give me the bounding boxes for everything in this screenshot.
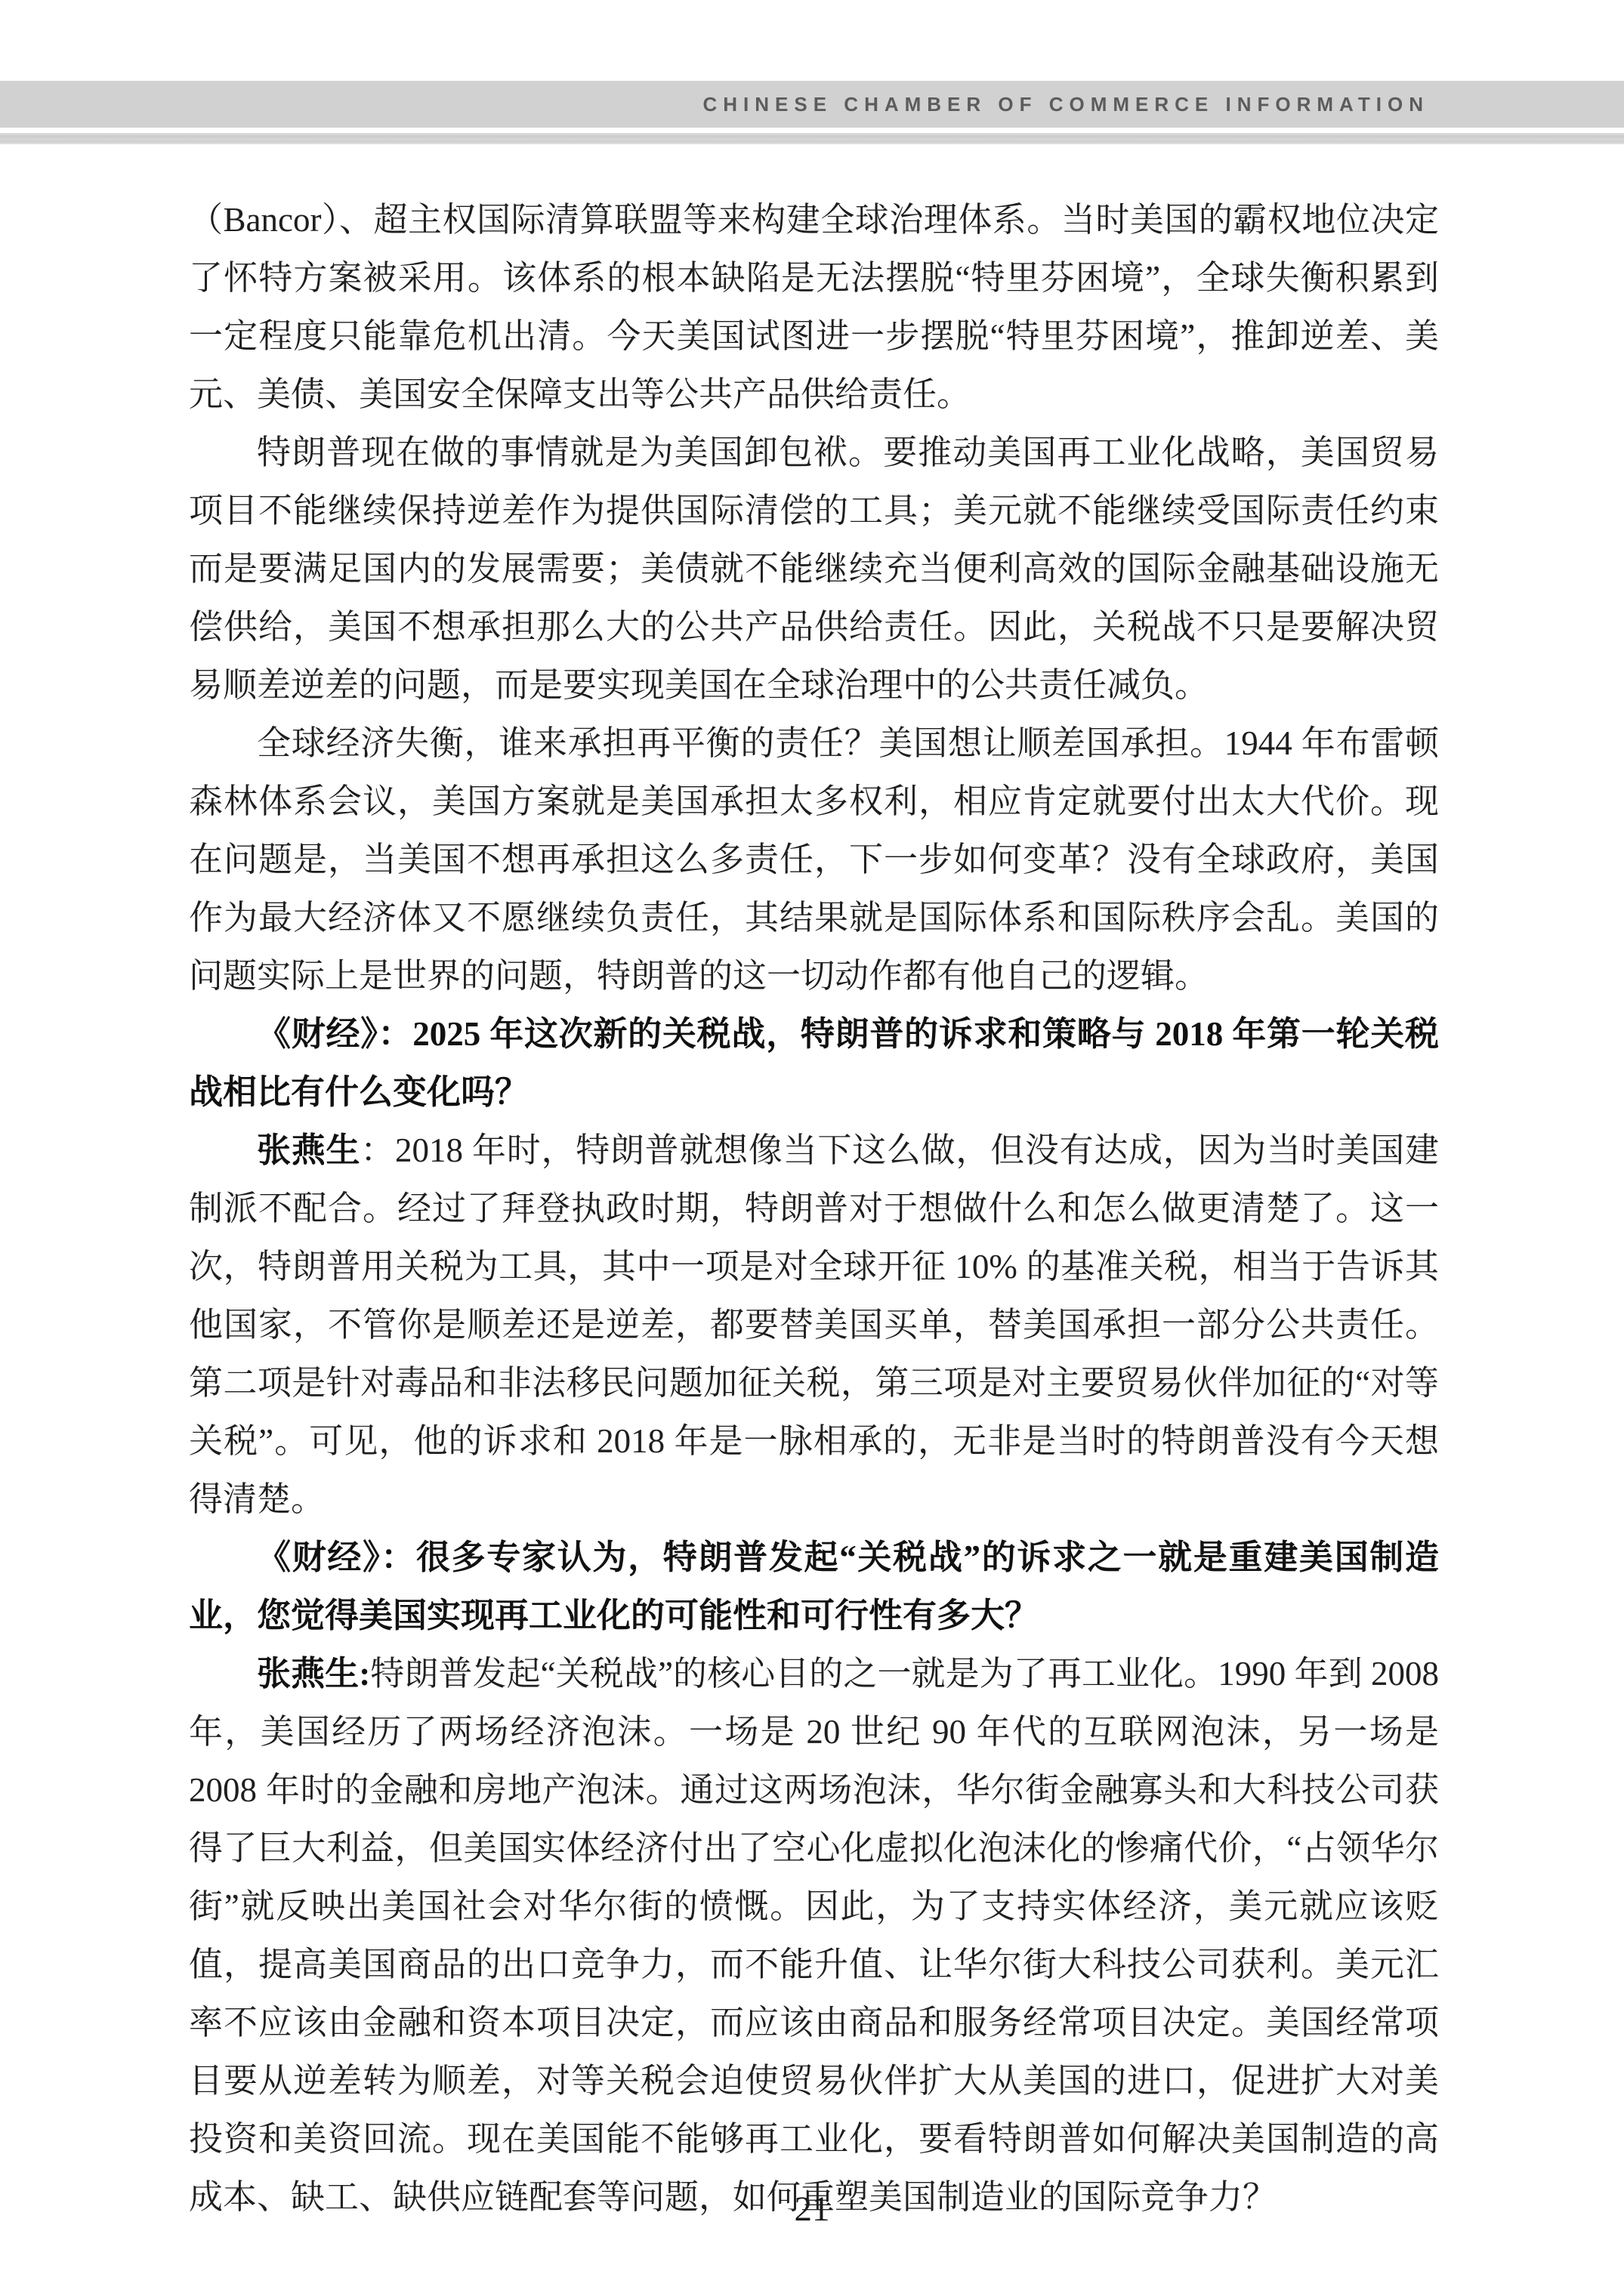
article-question-2: 《财经》：很多专家认为，特朗普发起“关税战”的诉求之一就是重建美国制造业，您觉得… [189,1529,1439,1645]
header-banner-text: CHINESE CHAMBER OF COMMERCE INFORMATION [702,93,1429,116]
answer-text: ：2018 年时，特朗普就想像当下这么做，但没有达成，因为当时美国建制派不配合。… [189,1131,1439,1518]
article-answer-2: 张燕生:特朗普发起“关税战”的核心目的之一就是为了再工业化。1990 年到 20… [189,1645,1439,2227]
speaker-name: 张燕生 [257,1131,360,1169]
page-number: 21 [0,2189,1624,2230]
article-question-1: 《财经》：2025 年这次新的关税战，特朗普的诉求和策略与 2018 年第一轮关… [189,1005,1439,1122]
article-body: （Bancor）、超主权国际清算联盟等来构建全球治理体系。当时美国的霸权地位决定… [189,191,1439,2227]
answer-text: 特朗普发起“关税战”的核心目的之一就是为了再工业化。1990 年到 2008 年… [189,1655,1439,2216]
speaker-name: 张燕生: [257,1655,370,1693]
article-paragraph-1: （Bancor）、超主权国际清算联盟等来构建全球治理体系。当时美国的霸权地位决定… [189,191,1439,424]
article-paragraph-3: 全球经济失衡，谁来承担再平衡的责任？美国想让顺差国承担。1944 年布雷顿森林体… [189,714,1439,1005]
article-answer-1: 张燕生：2018 年时，特朗普就想像当下这么做，但没有达成，因为当时美国建制派不… [189,1122,1439,1529]
document-page: CHINESE CHAMBER OF COMMERCE INFORMATION … [0,0,1624,2293]
article-paragraph-2: 特朗普现在做的事情就是为美国卸包袱。要推动美国再工业化战略，美国贸易项目不能继续… [189,424,1439,714]
header-divider-strip [0,133,1624,144]
header-banner: CHINESE CHAMBER OF COMMERCE INFORMATION [0,81,1624,128]
